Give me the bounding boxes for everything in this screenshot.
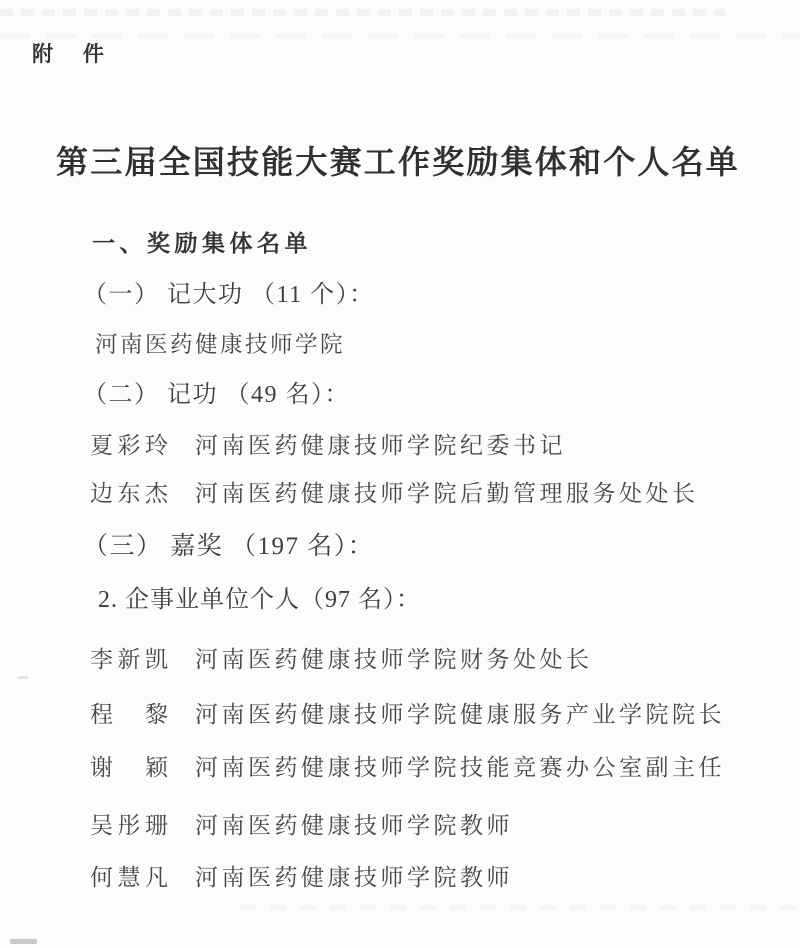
person-title: 河南医药健康技师学院技能竞赛办公室副主任 [195, 756, 725, 779]
person-name: 程黎 [90, 703, 168, 726]
person-row: 夏彩玲 河南医药健康技师学院纪委书记 [90, 434, 566, 457]
category-heading-commendation: （三） 嘉奖 （197 名）： [83, 534, 374, 559]
person-name: 吴彤珊 [90, 814, 168, 837]
section-heading-collective-list: 一、奖励集体名单 [92, 232, 312, 255]
category-heading-record-merit: （二） 记功 （49 名）： [83, 383, 350, 407]
person-title: 河南医药健康技师学院财务处处长 [195, 648, 593, 671]
person-name: 谢颖 [90, 756, 168, 779]
scan-speck [18, 676, 28, 679]
person-name: 边东杰 [90, 482, 168, 505]
person-row: 吴彤珊 河南医药健康技师学院教师 [90, 814, 513, 837]
scan-artifact-top [0, 9, 725, 16]
person-row: 李新凯 河南医药健康技师学院财务处处长 [90, 648, 593, 671]
person-row: 程黎 河南医药健康技师学院健康服务产业学院院长 [90, 703, 725, 726]
person-title: 河南医药健康技师学院健康服务产业学院院长 [195, 703, 725, 726]
scan-speck [10, 939, 37, 944]
appendix-label: 附 件 [32, 44, 105, 65]
scan-artifact-top [0, 33, 800, 38]
scan-artifact-bottom [240, 905, 800, 910]
collective-award-item: 河南医药健康技师学院 [95, 334, 345, 357]
category-heading-record-great-merit: （一） 记大功 （11 个）： [83, 283, 375, 307]
person-title: 河南医药健康技师学院教师 [195, 814, 513, 837]
person-row: 边东杰 河南医药健康技师学院后勤管理服务处处长 [90, 482, 699, 505]
person-row: 何慧凡 河南医药健康技师学院教师 [90, 866, 513, 889]
person-name: 李新凯 [90, 648, 168, 671]
person-title: 河南医药健康技师学院教师 [195, 866, 513, 889]
person-row: 谢颖 河南医药健康技师学院技能竞赛办公室副主任 [90, 756, 725, 779]
person-title: 河南医药健康技师学院后勤管理服务处处长 [195, 482, 699, 505]
page-title: 第三届全国技能大赛工作奖励集体和个人名单 [56, 146, 740, 178]
subheading-enterprise-individuals: 2. 企事业单位个人（97 名）： [98, 588, 421, 612]
person-name: 何慧凡 [90, 866, 168, 889]
scanned-document-page: 附 件 第三届全国技能大赛工作奖励集体和个人名单 一、奖励集体名单 （一） 记大… [0, 0, 800, 948]
person-name: 夏彩玲 [90, 434, 168, 457]
person-title: 河南医药健康技师学院纪委书记 [195, 434, 566, 457]
